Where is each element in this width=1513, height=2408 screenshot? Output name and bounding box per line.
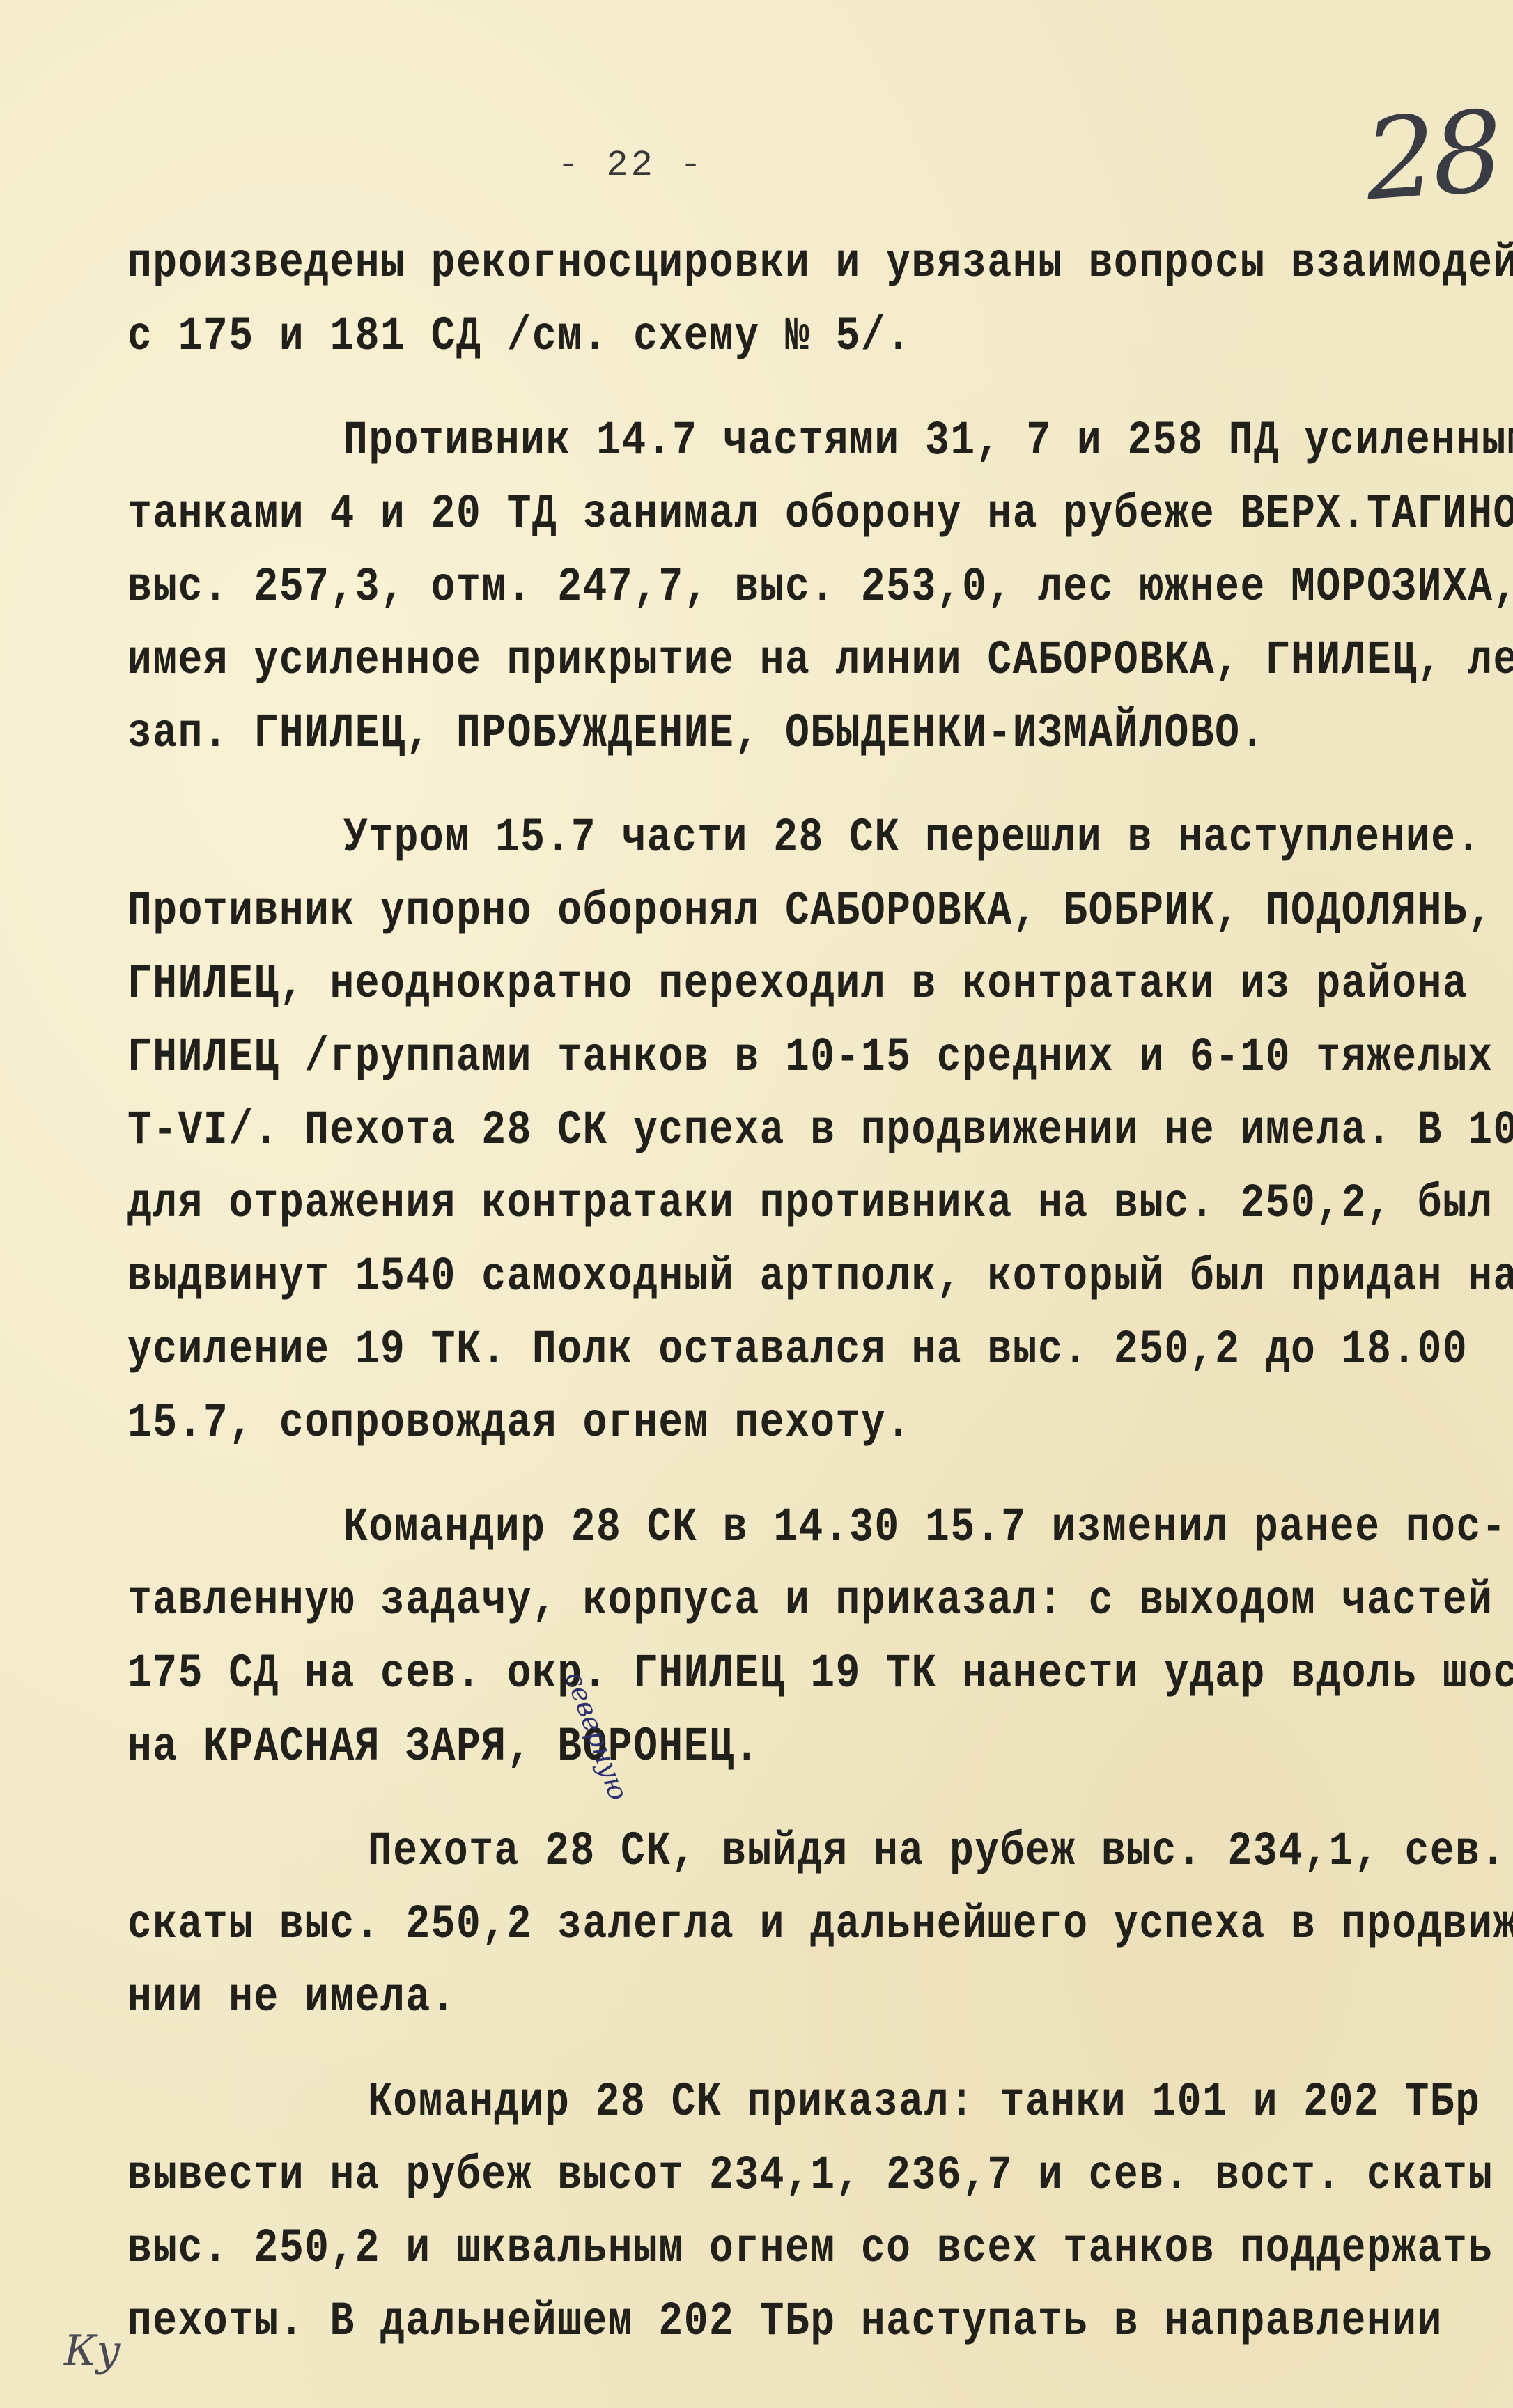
text-line: Командир 28 СК приказал: танки 101 и 202…	[368, 2076, 1480, 2129]
text-line: Противник 14.7 частями 31, 7 и 258 ПД ус…	[343, 414, 1513, 468]
text-line: выс. 250,2 и шквальным огнем со всех тан…	[127, 2222, 1513, 2276]
text-line: выс. 257,3, отм. 247,7, выс. 253,0, лес …	[127, 561, 1513, 614]
folio-number-handwritten: 28	[1361, 86, 1503, 226]
text-line: Т-VI/. Пехота 28 СК успеха в продвижении…	[127, 1104, 1513, 1158]
text-line: скаты выс. 250,2 залегла и дальнейшего у…	[127, 1898, 1513, 1952]
text-line: танками 4 и 20 ТД занимал оборону на руб…	[127, 488, 1513, 541]
text-line: с 175 и 181 СД /см. схему № 5/.	[127, 310, 911, 364]
text-line: зап. ГНИЛЕЦ, ПРОБУЖДЕНИЕ, ОБЫДЕНКИ-ИЗМАЙ…	[127, 707, 1266, 761]
text-line: усиление 19 ТК. Полк оставался на выс. 2…	[127, 1323, 1468, 1377]
text-line: ГНИЛЕЦ /группами танков в 10-15 средних …	[127, 1031, 1493, 1085]
text-line: выдвинут 1540 самоходный артполк, которы…	[127, 1250, 1513, 1304]
text-line: Командир 28 СК в 14.30 15.7 изменил ране…	[343, 1501, 1507, 1555]
text-line: имея усиленное прикрытие на линии САБОРО…	[127, 634, 1513, 688]
text-line: 15.7, сопровождая огнем пехоту.	[127, 1397, 911, 1450]
text-line: 175 СД на сев. окр. ГНИЛЕЦ 19 ТК нанести…	[127, 1647, 1513, 1701]
text-line: для отражения контратаки противника на в…	[127, 1177, 1493, 1231]
text-line: нии не имела.	[127, 1971, 456, 2025]
text-line: тавленную задачу, корпуса и приказал: с …	[127, 1574, 1493, 1628]
text-line: пехоты. В дальнейшем 202 ТБр наступать в…	[127, 2295, 1443, 2349]
text-line: вывести на рубеж высот 234,1, 236,7 и се…	[127, 2149, 1493, 2203]
margin-note: Ку	[64, 2327, 121, 2375]
text-line: на КРАСНАЯ ЗАРЯ, ВОРОНЕЦ.	[127, 1720, 760, 1774]
text-line: ГНИЛЕЦ, неоднократно переходил в контрат…	[127, 958, 1468, 1011]
text-line: Утром 15.7 части 28 СК перешли в наступл…	[343, 811, 1482, 865]
page-number: - 22 -	[557, 145, 704, 186]
document-page: - 22 - 28 произведены рекогносцировки и …	[0, 0, 1513, 2408]
text-line: Противник упорно оборонял САБОРОВКА, БОБ…	[127, 885, 1493, 938]
text-line: произведены рекогносцировки и увязаны во…	[127, 237, 1513, 290]
text-line: Пехота 28 СК, выйдя на рубеж выс. 234,1,…	[368, 1825, 1506, 1879]
